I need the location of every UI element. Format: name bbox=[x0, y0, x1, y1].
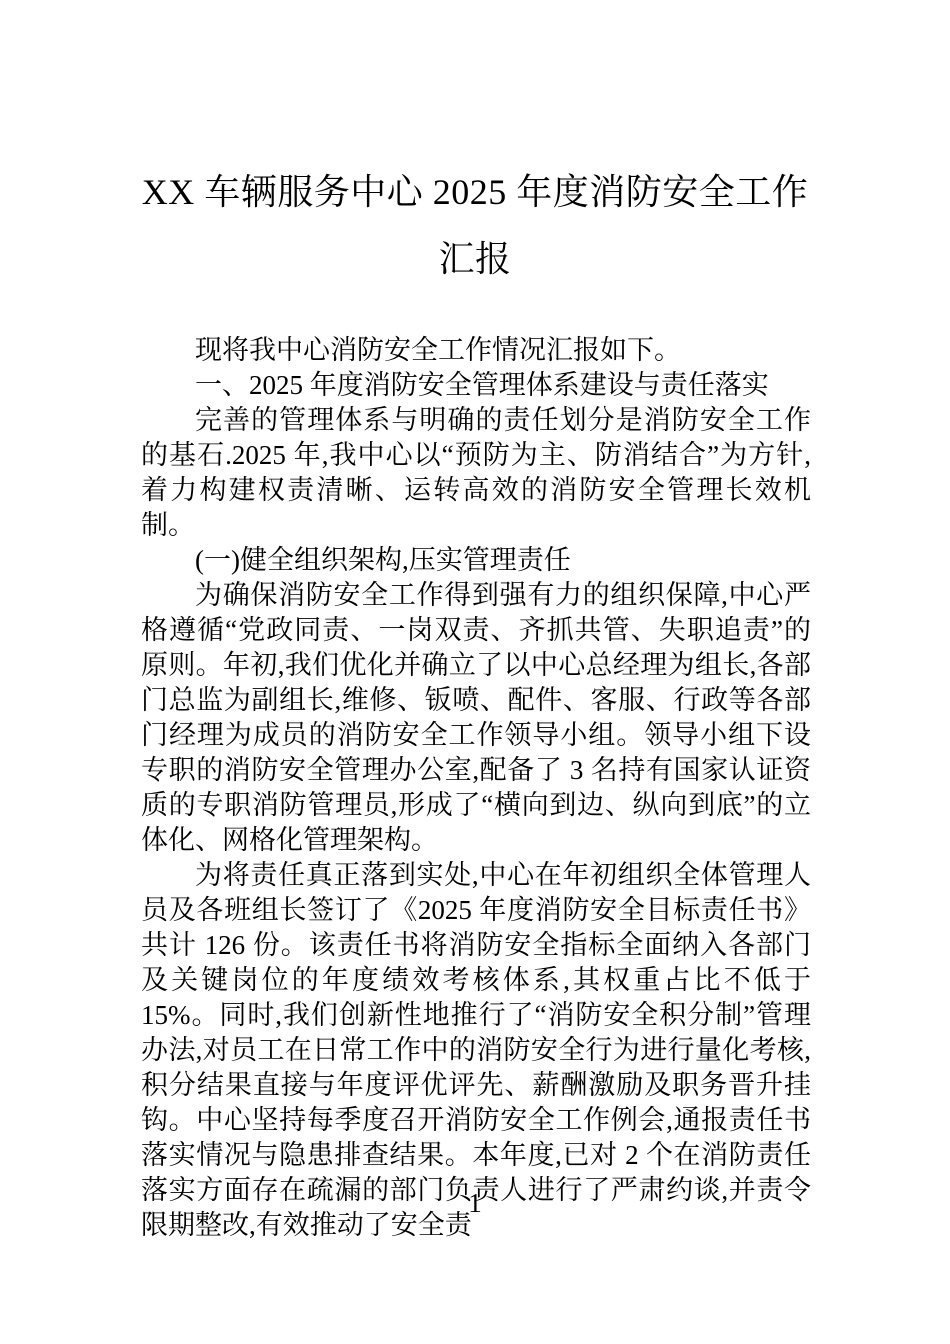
document-title-line1: XX 车辆服务中心 2025 年度消防安全工作 bbox=[139, 159, 811, 226]
section-heading-1: 一、2025 年度消防安全管理体系建设与责任落实 bbox=[141, 368, 811, 403]
subsection-heading-1-1: (一)健全组织架构,压实管理责任 bbox=[141, 543, 811, 578]
document-page: XX 车辆服务中心 2025 年度消防安全工作 汇报 现将我中心消防安全工作情况… bbox=[0, 0, 950, 1344]
paragraph-intro: 现将我中心消防安全工作情况汇报如下。 bbox=[141, 333, 811, 368]
paragraph-org-structure: 为确保消防安全工作得到强有力的组织保障,中心严格遵循“党政同责、一岗双责、齐抓共… bbox=[141, 578, 811, 858]
document-title-line2: 汇报 bbox=[139, 226, 811, 293]
document-body: 现将我中心消防安全工作情况汇报如下。 一、2025 年度消防安全管理体系建设与责… bbox=[141, 333, 811, 1243]
paragraph-management-system: 完善的管理体系与明确的责任划分是消防安全工作的基石.2025 年,我中心以“预防… bbox=[141, 403, 811, 543]
document-title: XX 车辆服务中心 2025 年度消防安全工作 汇报 bbox=[139, 159, 811, 293]
page-number: 1 bbox=[0, 1186, 950, 1221]
